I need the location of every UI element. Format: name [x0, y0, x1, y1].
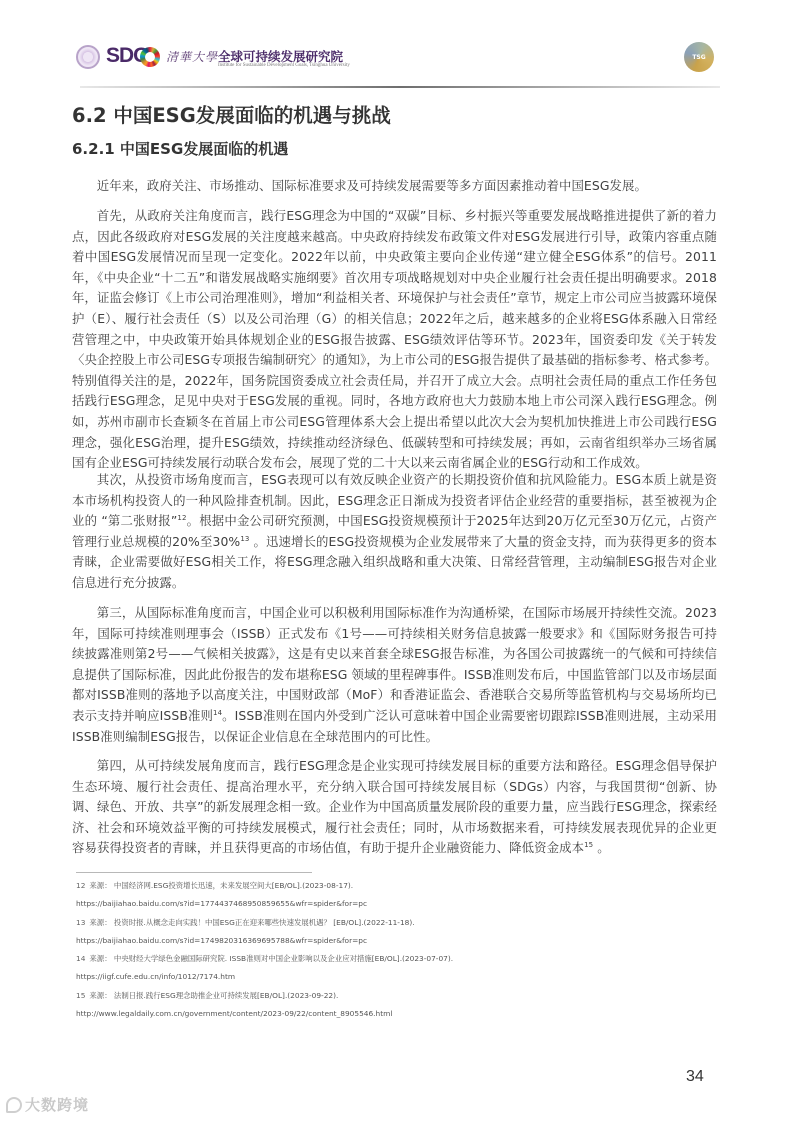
footnote-ref-14[interactable]: 14	[213, 709, 222, 717]
paragraph-text: 第三，从国际标准角度而言，中国企业可以积极利用国际标准作为沟通桥梁，在国际市场展…	[72, 605, 717, 723]
tsinghua-seal-icon	[76, 45, 100, 69]
paragraph-sustainability: 第四，从可持续发展角度而言，践行ESG理念是企业实现可持续发展目标的重要方法和路…	[72, 756, 717, 859]
report-badge-icon: TSG	[684, 42, 714, 72]
sdg-color-wheel-icon	[140, 47, 160, 67]
footnote-text: 来源： 中国经济网.ESG投资增长迅速，未来发展空间大[EB/OL].(2023…	[89, 881, 353, 890]
footnote-14: 14来源： 中央财经大学绿色金融国际研究院. ISSB准则对中国企业影响以及企业…	[76, 950, 726, 968]
institute-name-en: Institute for Sustainable Development Go…	[218, 63, 350, 68]
subsection-title: 6.2.1 中国ESG发展面临的机遇	[72, 138, 288, 159]
paragraph-international-standards: 第三，从国际标准角度而言，中国企业可以积极利用国际标准作为沟通桥梁，在国际市场展…	[72, 603, 717, 747]
badge-text: TSG	[692, 54, 705, 61]
footnote-text: 来源： 法制日报.践行ESG理念助推企业可持续发展[EB/OL].(2023-0…	[89, 991, 338, 1000]
page-header: SDG 清華大學 全球可持续发展研究院 Institute for Sustai…	[76, 42, 726, 82]
paragraph-text: 第四，从可持续发展角度而言，践行ESG理念是企业实现可持续发展目标的重要方法和路…	[72, 758, 717, 855]
footnote-text: 来源： 投资时报.从概念走向实践！中国ESG正在迎来哪些快速发展机遇？ [EB/…	[89, 918, 414, 927]
footnote-14-url[interactable]: https://iigf.cufe.edu.cn/info/1012/7174.…	[76, 968, 726, 986]
footnote-15: 15来源： 法制日报.践行ESG理念助推企业可持续发展[EB/OL].(2023…	[76, 987, 726, 1005]
footnote-ref-15[interactable]: 15	[584, 841, 593, 849]
footnote-divider	[76, 872, 312, 873]
footnotes: 12来源： 中国经济网.ESG投资增长迅速，未来发展空间大[EB/OL].(20…	[76, 877, 726, 1023]
header-divider	[80, 86, 720, 88]
paragraph-text: 。	[593, 840, 610, 855]
page-number: 34	[686, 1068, 704, 1086]
footnote-15-url[interactable]: http://www.legaldaily.com.cn/government/…	[76, 1005, 726, 1023]
footnote-number: 14	[76, 954, 85, 963]
footnote-number: 13	[76, 918, 85, 927]
watermark-text: 大数跨境	[25, 1094, 89, 1115]
footnote-13-url[interactable]: https://baijiahao.baidu.com/s?id=1749820…	[76, 932, 726, 950]
watermark: 大数跨境	[6, 1094, 89, 1115]
footnote-number: 15	[76, 991, 85, 1000]
paragraph-investment: 其次，从投资市场角度而言，ESG表现可以有效反映企业资产的长期投资价值和抗风险能…	[72, 470, 717, 594]
intro-paragraph: 近年来，政府关注、市场推动、国际标准要求及可持续发展需要等多方面因素推动着中国E…	[72, 176, 717, 197]
paragraph-government: 首先，从政府关注角度而言，践行ESG理念为中国的“双碳”目标、乡村振兴等重要发展…	[72, 206, 717, 474]
footnote-12: 12来源： 中国经济网.ESG投资增长迅速，未来发展空间大[EB/OL].(20…	[76, 877, 726, 895]
footnote-13: 13来源： 投资时报.从概念走向实践！中国ESG正在迎来哪些快速发展机遇？ [E…	[76, 914, 726, 932]
tsinghua-calligraphy: 清華大學	[166, 48, 218, 65]
section-title: 6.2 中国ESG发展面临的机遇与挑战	[72, 100, 391, 128]
watermark-logo-icon	[6, 1097, 22, 1113]
footnote-ref-12[interactable]: 12	[177, 514, 186, 522]
footnote-12-url[interactable]: https://baijiahao.baidu.com/s?id=1774437…	[76, 895, 726, 913]
footnote-text: 来源： 中央财经大学绿色金融国际研究院. ISSB准则对中国企业影响以及企业应对…	[89, 954, 453, 963]
footnote-number: 12	[76, 881, 85, 890]
